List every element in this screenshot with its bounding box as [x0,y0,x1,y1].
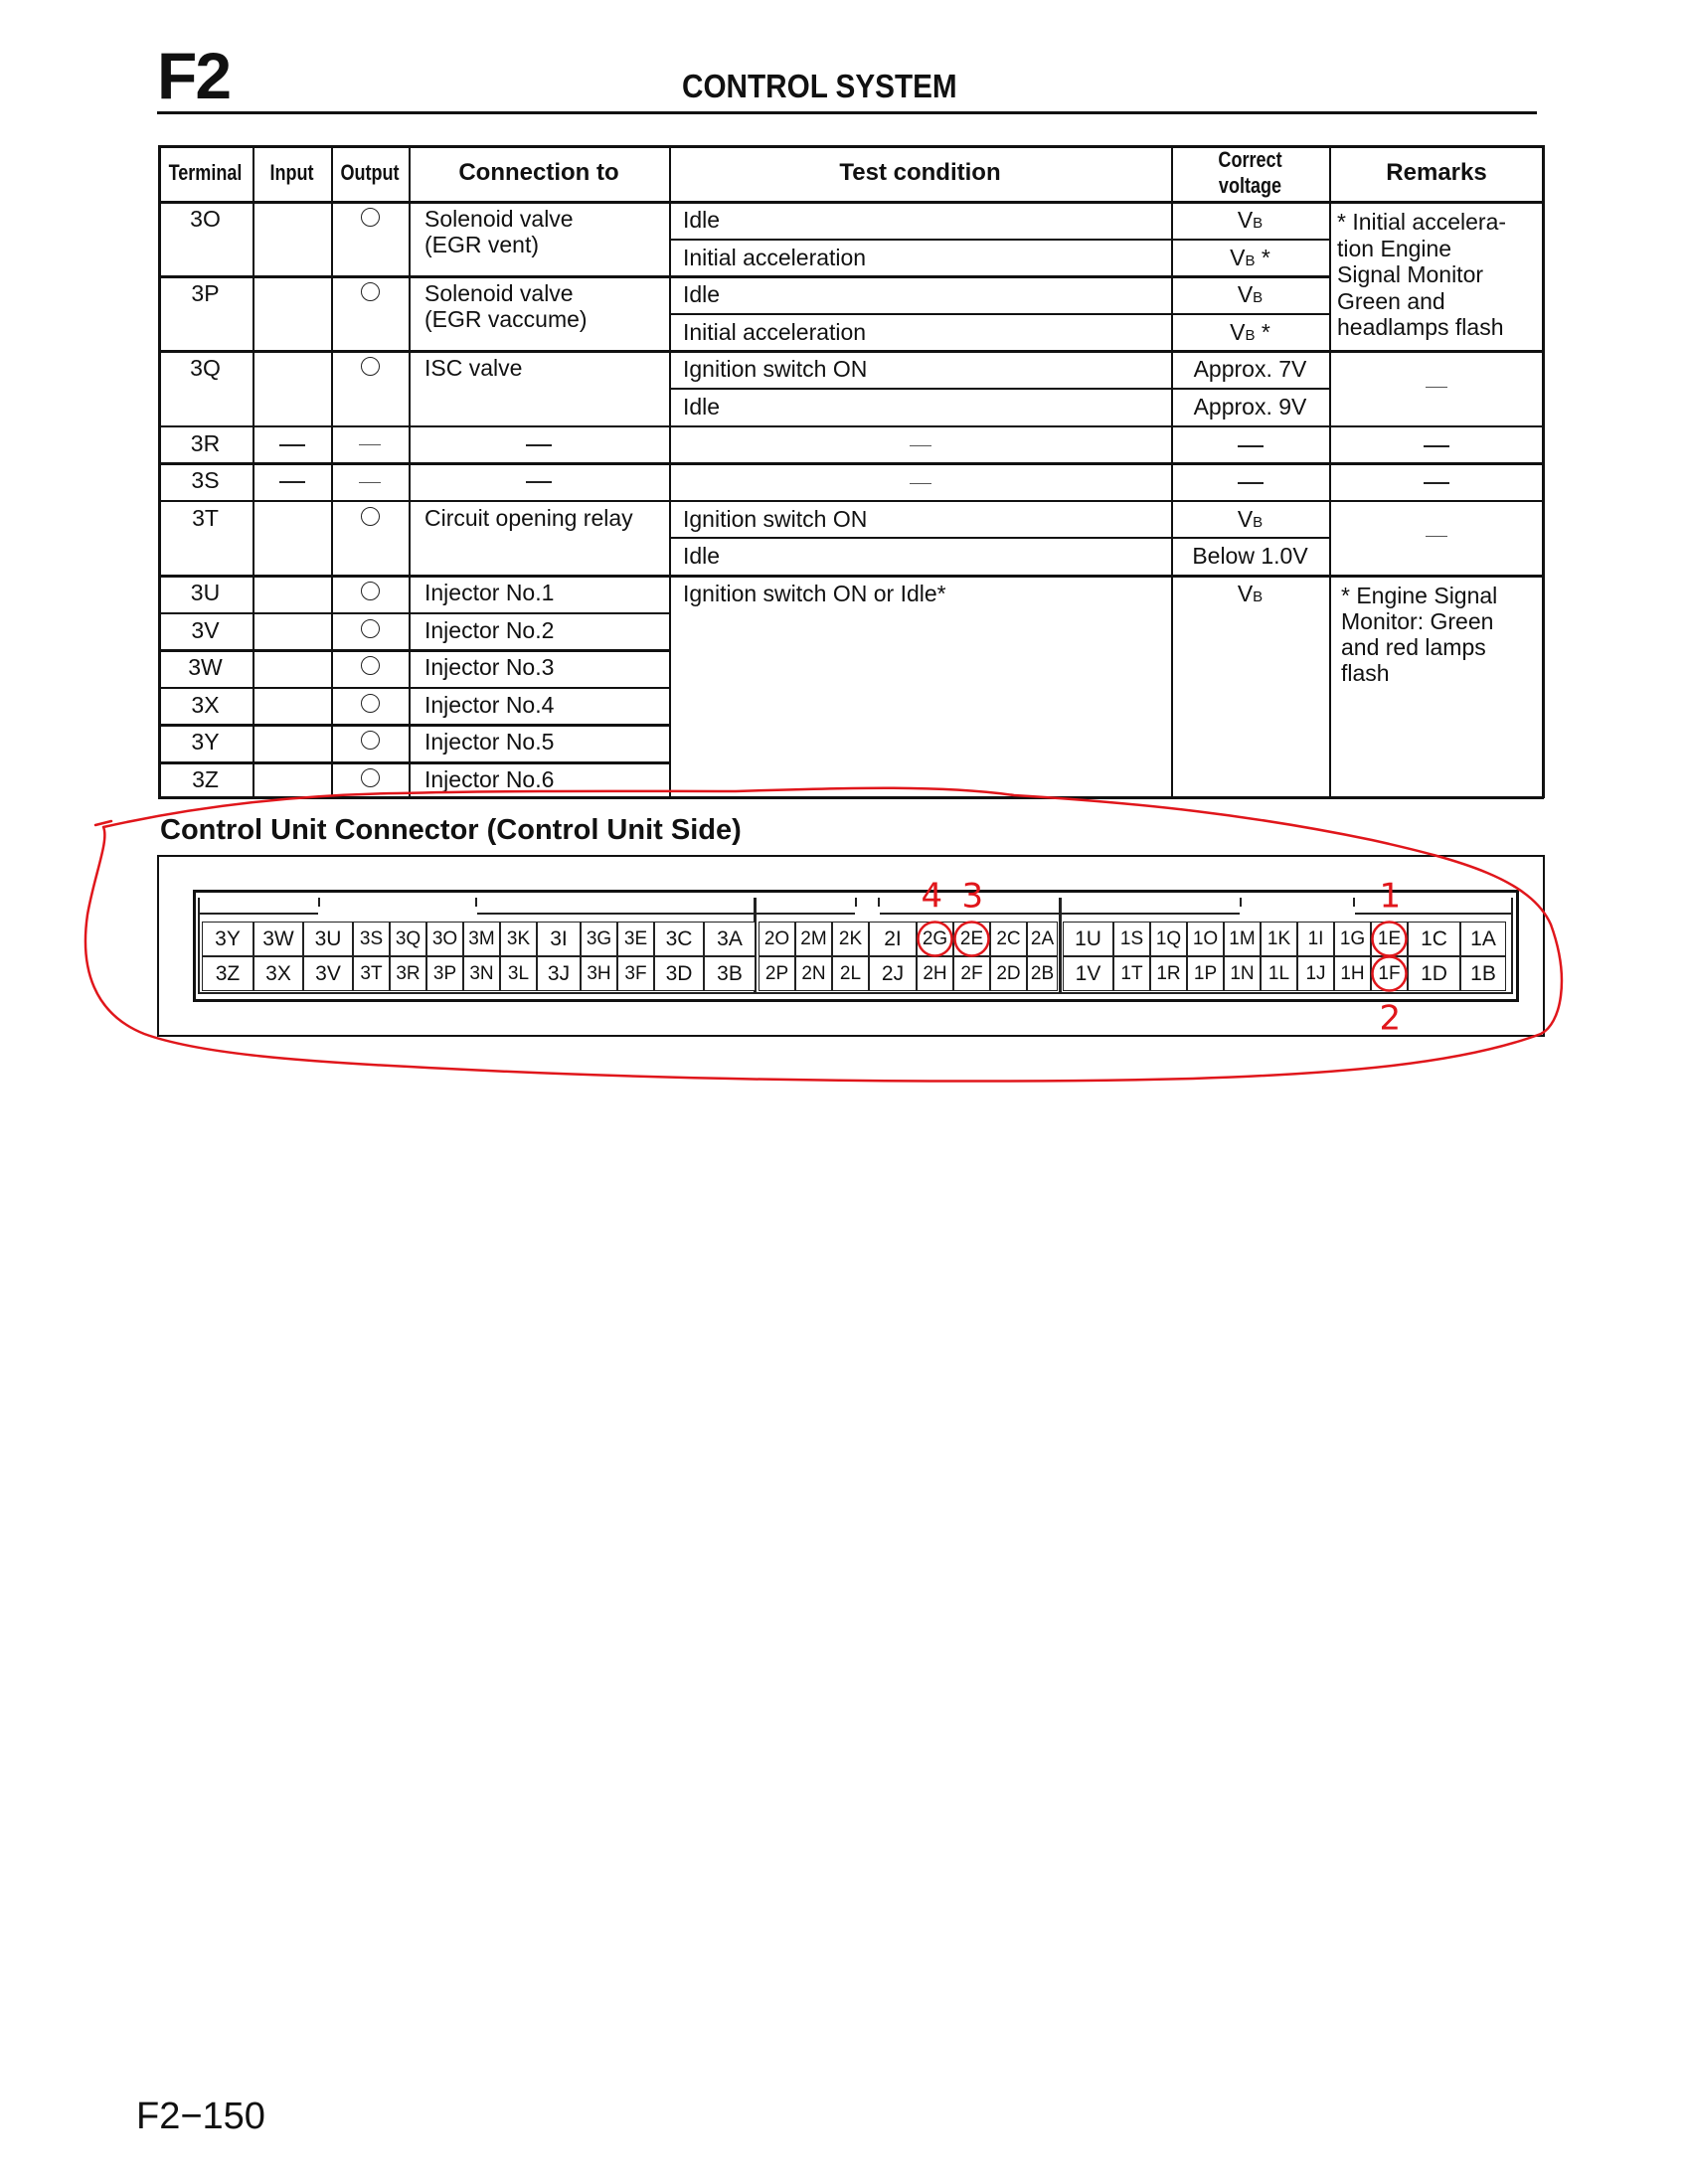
connector-pin-2N: 2N [795,956,832,991]
connector-pin-3Z: 3Z [202,956,253,991]
connector-pin-3I: 3I [537,922,581,956]
output-circle-icon [361,731,380,750]
dash-mark [1426,387,1447,388]
terminal-cell: 3U [158,580,253,605]
voltage-cell: VB [1171,506,1329,536]
connection-cell: ISC valve [424,355,665,381]
table-bottom-border [158,796,1544,799]
connector-pin-2G: 2G [917,922,953,956]
connector-title: Control Unit Connector (Control Unit Sid… [160,814,742,847]
output-cell [331,766,409,792]
connector-pin-2F: 2F [953,956,990,991]
section-code: F2 [157,38,230,113]
connector-key [855,898,880,907]
connector-pin-3Q: 3Q [390,922,426,956]
connector-pin-1G: 1G [1334,922,1371,956]
connection-cell: Injector No.4 [424,692,665,718]
connector-pin-1O: 1O [1187,922,1224,956]
connector-pin-1V: 1V [1063,956,1113,991]
connector-pin-1F: 1F [1371,956,1408,991]
connector-pin-2L: 2L [832,956,869,991]
connector-pin-3P: 3P [426,956,463,991]
connector-pin-3K: 3K [500,922,537,956]
test-condition-cell: Ignition switch ON [683,356,1165,382]
connector-pin-2D: 2D [990,956,1027,991]
connector-pin-3N: 3N [463,956,500,991]
test-condition-cell: Idle [683,207,1165,233]
remarks-cell [1329,468,1544,494]
connector-pin-3C: 3C [654,922,704,956]
dash-mark [1424,482,1449,484]
output-circle-icon [361,694,380,713]
column-header-terminal: Terminal [167,145,245,201]
dash-mark [359,444,381,445]
input-cell [253,467,331,493]
output-circle-icon [361,282,380,301]
sub-row-rule [669,388,1329,390]
terminal-cell: 3W [158,654,253,680]
connector-pin-1I: 1I [1297,922,1334,956]
column-header-connection-to: Connection to [409,145,669,201]
connector-key [1240,898,1355,907]
sub-row-rule [669,313,1329,315]
voltage-cell: VB [1171,207,1329,237]
output-cell [331,280,409,306]
terminal-table: TerminalInputOutputConnection toTest con… [158,145,1544,798]
connector-pin-3Y: 3Y [202,922,253,956]
page-title: CONTROL SYSTEM [682,68,957,105]
connector-pin-2K: 2K [832,922,869,956]
connector-pin-3M: 3M [463,922,500,956]
voltage-cell: VB * [1171,319,1329,349]
row-rule [158,425,1544,428]
remarks-cell [1329,522,1544,548]
connection-cell: Solenoid valve (EGR vaccume) [424,280,665,332]
connector-pin-1A: 1A [1460,922,1506,956]
connector-pin-2O: 2O [759,922,795,956]
voltage-cell: Approx. 9V [1171,394,1329,420]
connector-pin-3R: 3R [390,956,426,991]
connector-pin-1J: 1J [1297,956,1334,991]
terminal-cell: 3V [158,617,253,643]
connector-pin-2B: 2B [1027,956,1058,991]
output-cell [331,430,409,456]
row-rule [158,612,669,615]
connector-pin-1L: 1L [1261,956,1297,991]
test-condition-cell [669,431,1171,457]
row-rule [158,724,669,727]
connector-pin-1E: 1E [1371,922,1408,956]
voltage-cell [1171,468,1329,494]
row-rule [158,500,1544,503]
connector-lip [477,913,754,915]
output-circle-icon [361,619,380,638]
row-rule [158,761,669,764]
connection-cell: Injector No.2 [424,617,665,643]
test-condition-cell: Ignition switch ON or Idle* [683,581,1165,606]
connection-cell: Injector No.5 [424,729,665,755]
output-cell [331,617,409,643]
connector-pin-3B: 3B [704,956,756,991]
connector-pin-3E: 3E [617,922,654,956]
connector-pin-2P: 2P [759,956,795,991]
remarks-cell: * Engine Signal Monitor: Green and red l… [1341,583,1542,686]
row-rule [158,649,669,652]
output-circle-icon [361,357,380,376]
connector-pin-1S: 1S [1113,922,1150,956]
remarks-cell [1329,431,1544,457]
dash-mark [910,445,931,446]
connector-pin-1T: 1T [1113,956,1150,991]
connector-pin-3J: 3J [537,956,581,991]
connector-pin-1N: 1N [1224,956,1261,991]
connector-pin-1U: 1U [1063,922,1113,956]
voltage-cell: VB * [1171,245,1329,274]
dash-mark [359,482,381,483]
column-header-input: Input [259,145,324,201]
connection-cell: Injector No.6 [424,766,665,792]
output-cell [331,692,409,718]
connector-pin-3V: 3V [303,956,353,991]
terminal-cell: 3T [158,505,253,531]
page-number: F2−150 [136,2096,265,2138]
connector-lip [880,913,1060,915]
voltage-cell: VB [1171,281,1329,311]
connector-pin-1B: 1B [1460,956,1506,991]
connection-cell: Circuit opening relay [424,505,665,531]
output-cell [331,206,409,232]
output-cell [331,355,409,381]
connector-pin-1P: 1P [1187,956,1224,991]
dash-mark [1426,536,1447,537]
input-cell [253,430,331,456]
red-freehand-tick [95,821,111,825]
test-condition-cell: Initial acceleration [683,245,1165,270]
terminal-cell: 3S [158,467,253,493]
output-cell [331,729,409,755]
remarks-cell [1329,372,1544,398]
column-header-test-condition: Test condition [669,145,1171,201]
connector-pin-3X: 3X [253,956,303,991]
connector-pin-3O: 3O [426,922,463,956]
column-header-output: Output [338,145,402,201]
connector-pin-3T: 3T [353,956,390,991]
column-header-remarks: Remarks [1329,145,1544,201]
voltage-cell: Approx. 7V [1171,356,1329,382]
connector-pin-2M: 2M [795,922,832,956]
output-circle-icon [361,656,380,675]
terminal-cell: 3P [158,280,253,306]
output-cell [331,467,409,493]
connector-pin-3G: 3G [581,922,617,956]
dash-mark [1424,445,1449,447]
connector-key [318,898,477,907]
test-condition-cell: Idle [683,281,1165,307]
output-circle-icon [361,507,380,526]
connector-pin-2I: 2I [869,922,917,956]
connector-lip [1355,913,1511,915]
connector-lip [200,913,318,915]
output-circle-icon [361,582,380,600]
row-rule [158,575,1544,578]
connector-pin-3S: 3S [353,922,390,956]
connector-pin-1K: 1K [1261,922,1297,956]
terminal-cell: 3X [158,692,253,718]
voltage-cell: VB [1171,581,1329,610]
header-rule [157,111,1537,114]
connection-cell [409,467,669,493]
sub-row-rule [669,239,1329,241]
connector-pin-2H: 2H [917,956,953,991]
connector-pin-3L: 3L [500,956,537,991]
terminal-cell: 3Q [158,355,253,381]
test-condition-cell: Ignition switch ON [683,506,1165,532]
dash-mark [279,444,305,446]
connector-lip [757,913,855,915]
output-circle-icon [361,208,380,227]
connector-pin-1H: 1H [1334,956,1371,991]
connector-pin-3U: 3U [303,922,353,956]
connector-pin-2C: 2C [990,922,1027,956]
connector-lip [1061,913,1240,915]
header-bottom-rule [158,201,1544,204]
test-condition-cell: Idle [683,543,1165,569]
test-condition-cell: Initial acceleration [683,319,1165,345]
connector-pin-2J: 2J [869,956,917,991]
voltage-cell [1171,431,1329,457]
connector-pin-1M: 1M [1224,922,1261,956]
test-condition-cell [669,468,1171,494]
row-rule [158,350,1544,353]
terminal-cell: 3R [158,430,253,456]
connector-pin-3W: 3W [253,922,303,956]
terminal-cell: 3Y [158,729,253,755]
column-header-correct-voltage: Correct voltage [1185,145,1314,201]
connector-pin-3F: 3F [617,956,654,991]
dash-mark [526,481,552,483]
connection-cell: Solenoid valve (EGR vent) [424,206,665,257]
connector-pin-2E: 2E [953,922,990,956]
row-rule [158,687,669,690]
connector-pin-1R: 1R [1150,956,1187,991]
output-cell [331,580,409,605]
connector-pin-1Q: 1Q [1150,922,1187,956]
output-cell [331,654,409,680]
row-rule [158,462,1544,465]
sub-row-rule [669,537,1329,539]
connection-cell: Injector No.3 [424,654,665,680]
dash-mark [526,444,552,446]
terminal-cell: 3O [158,206,253,232]
connector-pin-3H: 3H [581,956,617,991]
output-cell [331,505,409,531]
output-circle-icon [361,768,380,787]
dash-mark [279,481,305,483]
connector-pin-1C: 1C [1408,922,1460,956]
connector-pin-1D: 1D [1408,956,1460,991]
voltage-cell: Below 1.0V [1171,543,1329,569]
connector-pin-3A: 3A [704,922,756,956]
connector-pin-2A: 2A [1027,922,1058,956]
dash-mark [910,483,931,484]
terminal-cell: 3Z [158,766,253,792]
connection-cell: Injector No.1 [424,580,665,605]
connection-cell [409,430,669,456]
row-rule [158,275,1329,278]
test-condition-cell: Idle [683,394,1165,420]
remarks-cell: * Initial accelera- tion Engine Signal M… [1337,209,1540,341]
connector-pin-3D: 3D [654,956,704,991]
